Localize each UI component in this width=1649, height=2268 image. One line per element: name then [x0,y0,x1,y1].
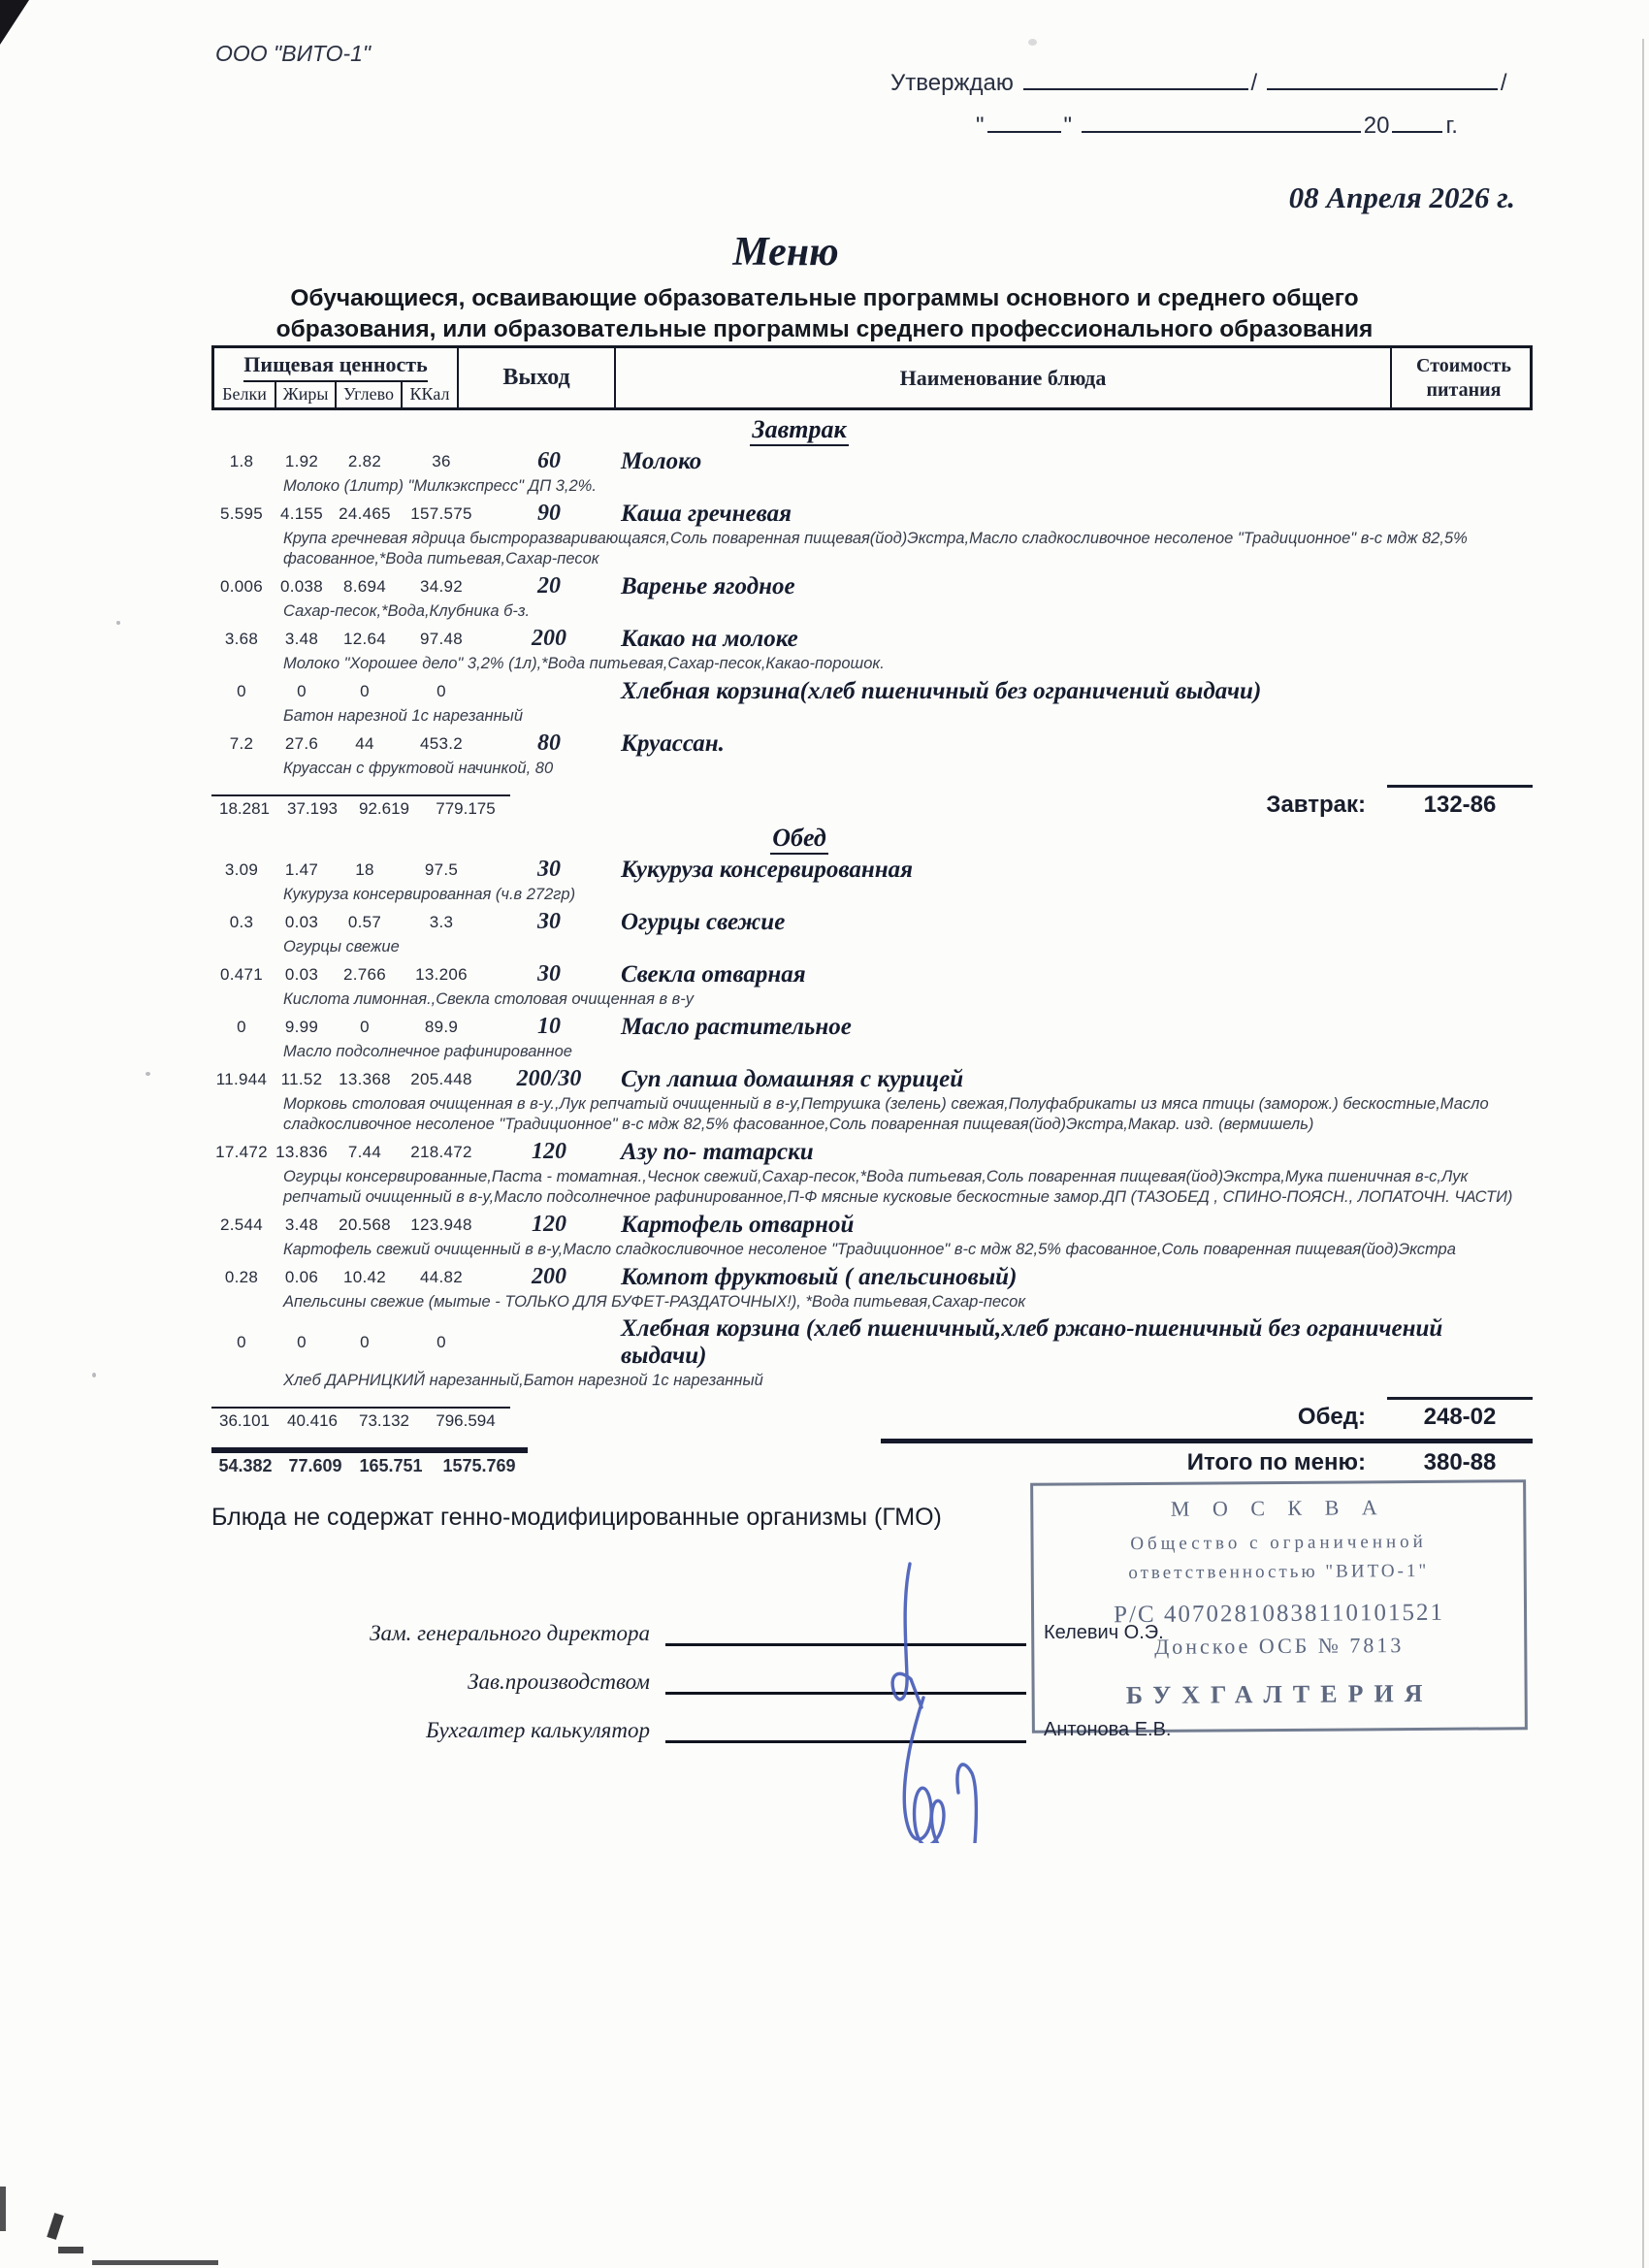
dish-name: Суп лапша домашняя с курицей [613,1066,1533,1093]
fat-value: 27.6 [272,734,332,754]
slash: / [1501,70,1507,96]
grand-cost-label: Итого по меню: [1187,1449,1366,1476]
portion-size: 30 [485,909,613,935]
carbs-value: 0 [332,1333,398,1352]
portion-size: 200 [485,626,613,652]
approval-block: Утверждаю / / "" 20г. [890,70,1507,140]
output-header: Выход [457,348,614,407]
carbs-value: 7.44 [332,1143,398,1162]
portion-size: 80 [485,730,613,757]
kcal-value: 89.9 [398,1018,485,1037]
lunch-cost-value: 248-02 [1387,1397,1533,1431]
ingredients-line: Картофель свежий очищенный в в-у,Масло с… [283,1240,1523,1260]
kcal-value: 13.206 [398,965,485,985]
fat-value: 0 [272,682,332,701]
protein-value: 11.944 [211,1070,272,1089]
quote-mark: " [976,113,985,139]
scan-blot [58,2247,83,2253]
stamp-org-line1: Общество с ограниченной [1033,1531,1523,1556]
year-blank [1392,115,1442,133]
fat-value: 11.52 [272,1070,332,1089]
portion-size: 10 [485,1014,613,1040]
signature-title: Бухгалтер калькулятор [211,1718,650,1743]
lunch-cost-label: Обед: [1298,1404,1366,1431]
year-suffix: г. [1445,113,1458,139]
dish-name: Азу по- татарски [613,1139,1533,1166]
dish-name: Хлебная корзина(хлеб пшеничный без огран… [613,678,1533,705]
carbs-value: 2.82 [332,452,398,471]
menu-row: 0000Хлебная корзина(хлеб пшеничный без о… [211,677,1533,705]
document-date: 08 Апреля 2026 г. [1289,180,1515,215]
kcal-value: 36 [398,452,485,471]
scan-corner-artifact [0,0,29,45]
total-kcal: 796.594 [421,1411,510,1431]
grand-kcal: 1575.769 [431,1456,528,1476]
total-carbs: 92.619 [347,799,421,819]
menu-table: Пищевая ценность Белки Жиры Углево ККал … [211,345,1533,1532]
breakfast-cost-label: Завтрак: [1266,792,1366,819]
dish-name: Масло растительное [613,1014,1533,1041]
carbs-value: 20.568 [332,1215,398,1235]
portion-size: 60 [485,448,613,474]
slash: / [1251,70,1258,96]
breakfast-totals: 18.281 37.193 92.619 779.175 [211,794,510,819]
dish-name: Картофель отварной [613,1212,1533,1239]
grand-totals: 54.382 77.609 165.751 1575.769 [211,1447,528,1476]
carbs-value: 0 [332,682,398,701]
portion-size: 90 [485,501,613,527]
fat-value: 0 [272,1333,332,1352]
total-separator-bar [881,1439,1533,1443]
lunch-totals: 36.101 40.416 73.132 796.594 [211,1407,510,1431]
protein-value: 7.2 [211,734,272,754]
carbs-value: 0.57 [332,913,398,932]
signature-row: Бухгалтер калькулятор Антонова Е.В. [211,1715,1327,1743]
dish-name: Каша гречневая [613,501,1533,528]
company-name: ООО "ВИТО-1" [215,41,371,67]
approval-date-line: "" 20г. [976,113,1507,140]
stamp-city: М О С К В А [1033,1494,1523,1523]
grand-cost-value: 380-88 [1387,1445,1533,1476]
kcal-value: 453.2 [398,734,485,754]
table-header: Пищевая ценность Белки Жиры Углево ККал … [211,345,1533,410]
ingredients-line: Огурцы свежие [283,937,1523,957]
kcal-value: 205.448 [398,1070,485,1089]
menu-row: 7.227.644453.280Круассан. [211,729,1533,758]
menu-row: 0.280.0610.4244.82200Компот фруктовый ( … [211,1263,1533,1291]
grand-fat: 77.609 [279,1456,351,1476]
fat-value: 13.836 [272,1143,332,1162]
grand-carbs: 165.751 [351,1456,431,1476]
protein-value: 0.3 [211,913,272,932]
total-fat: 37.193 [277,799,347,819]
nutrition-header-cell: Пищевая ценность Белки Жиры Углево ККал [214,348,457,407]
carbs-value: 12.64 [332,630,398,649]
protein-value: 17.472 [211,1143,272,1162]
carbs-value: 18 [332,860,398,880]
ingredients-line: Апельсины свежие (мытые - ТОЛЬКО ДЛЯ БУФ… [283,1292,1523,1312]
ingredients-line: Сахар-песок,*Вода,Клубника б-з. [283,601,1523,622]
fat-value: 0.06 [272,1268,332,1287]
protein-value: 0 [211,1018,272,1037]
dish-name: Какао на молоке [613,626,1533,653]
ingredients-line: Кислота лимонная.,Свекла столовая очищен… [283,989,1523,1010]
lunch-cost: Обед: 248-02 [1298,1397,1533,1431]
signature-row: Зам. генерального директора Келевич О.Э. [211,1618,1327,1646]
portion-size: 30 [485,857,613,883]
fat-value: 4.155 [272,504,332,524]
breakfast-cost-value: 132-86 [1387,785,1533,819]
fat-value: 3.48 [272,630,332,649]
scan-blot [0,2187,6,2231]
portion-size: 120 [485,1139,613,1165]
carbs-value: 10.42 [332,1268,398,1287]
protein-value: 5.595 [211,504,272,524]
stamp-org-line2: ответственностью "ВИТО-1" [1034,1560,1524,1585]
menu-row: 11.94411.5213.368205.448200/30Суп лапша … [211,1065,1533,1093]
lunch-totals-row: 36.101 40.416 73.132 796.594 Обед: 248-0… [211,1397,1533,1431]
fat-value: 9.99 [272,1018,332,1037]
cost-header: Стоимость питания [1390,348,1536,407]
total-protein: 18.281 [211,799,277,819]
dish-name: Молоко [613,448,1533,475]
section-heading-lunch: Обед [211,824,1533,853]
ingredients-line: Крупа гречневая ядрица быстроразваривающ… [283,529,1523,569]
menu-row: 0.30.030.573.330Огурцы свежие [211,908,1533,936]
kcal-value: 97.5 [398,860,485,880]
approval-line: Утверждаю / / [890,70,1507,97]
carbs-value: 24.465 [332,504,398,524]
menu-row: 3.683.4812.6497.48200Какао на молоке [211,625,1533,653]
kcal-value: 3.3 [398,913,485,932]
carbs-value: 8.694 [332,577,398,597]
menu-row: 2.5443.4820.568123.948120Картофель отвар… [211,1211,1533,1239]
scan-edge-artifact [1642,39,1644,2268]
menu-subtitle: Обучающиеся, осваивающие образовательные… [216,283,1434,345]
total-protein: 36.101 [211,1411,277,1431]
col-kcal: ККал [401,382,457,407]
portion-size: 120 [485,1212,613,1238]
ingredients-line: Молоко "Хорошее дело" 3,2% (1л),*Вода пи… [283,654,1523,674]
kcal-value: 44.82 [398,1268,485,1287]
protein-value: 0.471 [211,965,272,985]
portion-size: 30 [485,961,613,988]
scan-speck [92,1373,96,1377]
carbs-value: 13.368 [332,1070,398,1089]
scan-speck [116,621,120,625]
ingredients-line: Батон нарезной 1с нарезанный [283,706,1523,727]
kcal-value: 123.948 [398,1215,485,1235]
quote-mark: " [1064,113,1073,139]
section-heading-breakfast: Завтрак [211,415,1533,444]
breakfast-cost: Завтрак: 132-86 [1266,785,1533,819]
signature-row: Зав.производством [211,1667,1327,1695]
protein-value: 0.006 [211,577,272,597]
fat-value: 1.47 [272,860,332,880]
scanned-menu-document: ООО "ВИТО-1" Утверждаю / / "" 20г. 08 Ап… [0,0,1649,2268]
protein-value: 0 [211,682,272,701]
grand-cost: Итого по меню: 380-88 [1187,1445,1533,1476]
kcal-value: 157.575 [398,504,485,524]
fat-value: 1.92 [272,452,332,471]
day-blank [987,115,1061,133]
ingredients-line: Молоко (1литр) "Милкэкспресс" ДП 3,2%. [283,476,1523,497]
scan-speck [145,1072,150,1076]
menu-title: Меню [0,229,1571,275]
menu-row: 0.4710.032.76613.20630Свекла отварная [211,960,1533,988]
cost-header-line2: питания [1416,378,1511,403]
menu-row: 0000Хлебная корзина (хлеб пшеничный,хлеб… [211,1315,1533,1370]
dish-header: Наименование блюда [614,348,1390,407]
menu-row: 17.47213.8367.44218.472120Азу по- татарс… [211,1138,1533,1166]
breakfast-rows: 1.81.922.823660МолокоМолоко (1литр) "Мил… [211,447,1533,779]
portion-size: 200/30 [485,1066,613,1092]
portion-size: 20 [485,573,613,599]
dish-name: Огурцы свежие [613,909,1533,936]
total-kcal: 779.175 [421,799,510,819]
col-fat: Жиры [275,382,335,407]
scan-speck [1028,39,1037,46]
fat-value: 0.03 [272,913,332,932]
ingredients-line: Круассан с фруктовой начинкой, 80 [283,759,1523,779]
kcal-value: 34.92 [398,577,485,597]
ingredients-line: Хлеб ДАРНИЦКИЙ нарезанный,Батон нарезной… [283,1371,1523,1391]
scan-blot [47,2213,64,2240]
dish-name: Хлебная корзина (хлеб пшеничный,хлеб ржа… [613,1315,1533,1370]
signature-blank [1267,73,1498,90]
grand-protein: 54.382 [211,1456,279,1476]
fat-value: 3.48 [272,1215,332,1235]
signature-title: Зав.производством [211,1669,650,1695]
dish-name: Круассан. [613,730,1533,758]
fat-value: 0.038 [272,577,332,597]
ingredients-line: Масло подсолнечное рафинированное [283,1042,1523,1062]
menu-row: 1.81.922.823660Молоко [211,447,1533,475]
protein-value: 1.8 [211,452,272,471]
total-carbs: 73.132 [347,1411,421,1431]
protein-value: 0 [211,1333,272,1352]
menu-row: 5.5954.15524.465157.57590Каша гречневая [211,500,1533,528]
kcal-value: 97.48 [398,630,485,649]
year-prefix: 20 [1364,113,1390,139]
menu-row: 09.99089.910Масло растительное [211,1013,1533,1041]
approval-label: Утверждаю [890,70,1014,96]
protein-value: 3.09 [211,860,272,880]
carbs-value: 2.766 [332,965,398,985]
ingredients-line: Огурцы консервированные,Паста - томатная… [283,1167,1523,1208]
kcal-value: 0 [398,682,485,701]
menu-row: 3.091.471897.530Кукуруза консервированна… [211,856,1533,884]
protein-value: 2.544 [211,1215,272,1235]
total-fat: 40.416 [277,1411,347,1431]
dish-name: Свекла отварная [613,961,1533,988]
nutrition-header: Пищевая ценность [243,348,427,382]
dish-name: Компот фруктовый ( апельсиновый) [613,1264,1533,1291]
signature-blank [1023,73,1248,90]
dish-name: Варенье ягодное [613,573,1533,600]
carbs-value: 0 [332,1018,398,1037]
kcal-value: 0 [398,1333,485,1352]
handwritten-signature [805,1552,1077,1843]
cost-header-line1: Стоимость [1416,354,1511,378]
scan-blot [92,2260,218,2265]
menu-row: 0.0060.0388.69434.9220Варенье ягодное [211,572,1533,600]
breakfast-totals-row: 18.281 37.193 92.619 779.175 Завтрак: 13… [211,785,1533,819]
col-protein: Белки [214,382,275,407]
signature-title: Зам. генерального директора [211,1621,650,1646]
fat-value: 0.03 [272,965,332,985]
col-carbs: Углево [335,382,401,407]
month-blank [1082,115,1361,133]
grand-total-row: 54.382 77.609 165.751 1575.769 Итого по … [211,1445,1533,1476]
protein-value: 3.68 [211,630,272,649]
portion-size: 200 [485,1264,613,1290]
ingredients-line: Кукуруза консервированная (ч.в 272гр) [283,885,1523,905]
signature-block: Зам. генерального директора Келевич О.Э.… [211,1618,1327,1764]
kcal-value: 218.472 [398,1143,485,1162]
lunch-rows: 3.091.471897.530Кукуруза консервированна… [211,856,1533,1391]
carbs-value: 44 [332,734,398,754]
nutrition-subheaders: Белки Жиры Углево ККал [214,382,457,407]
ingredients-line: Морковь столовая очищенная в в-у.,Лук ре… [283,1094,1523,1135]
protein-value: 0.28 [211,1268,272,1287]
dish-name: Кукуруза консервированная [613,857,1533,884]
